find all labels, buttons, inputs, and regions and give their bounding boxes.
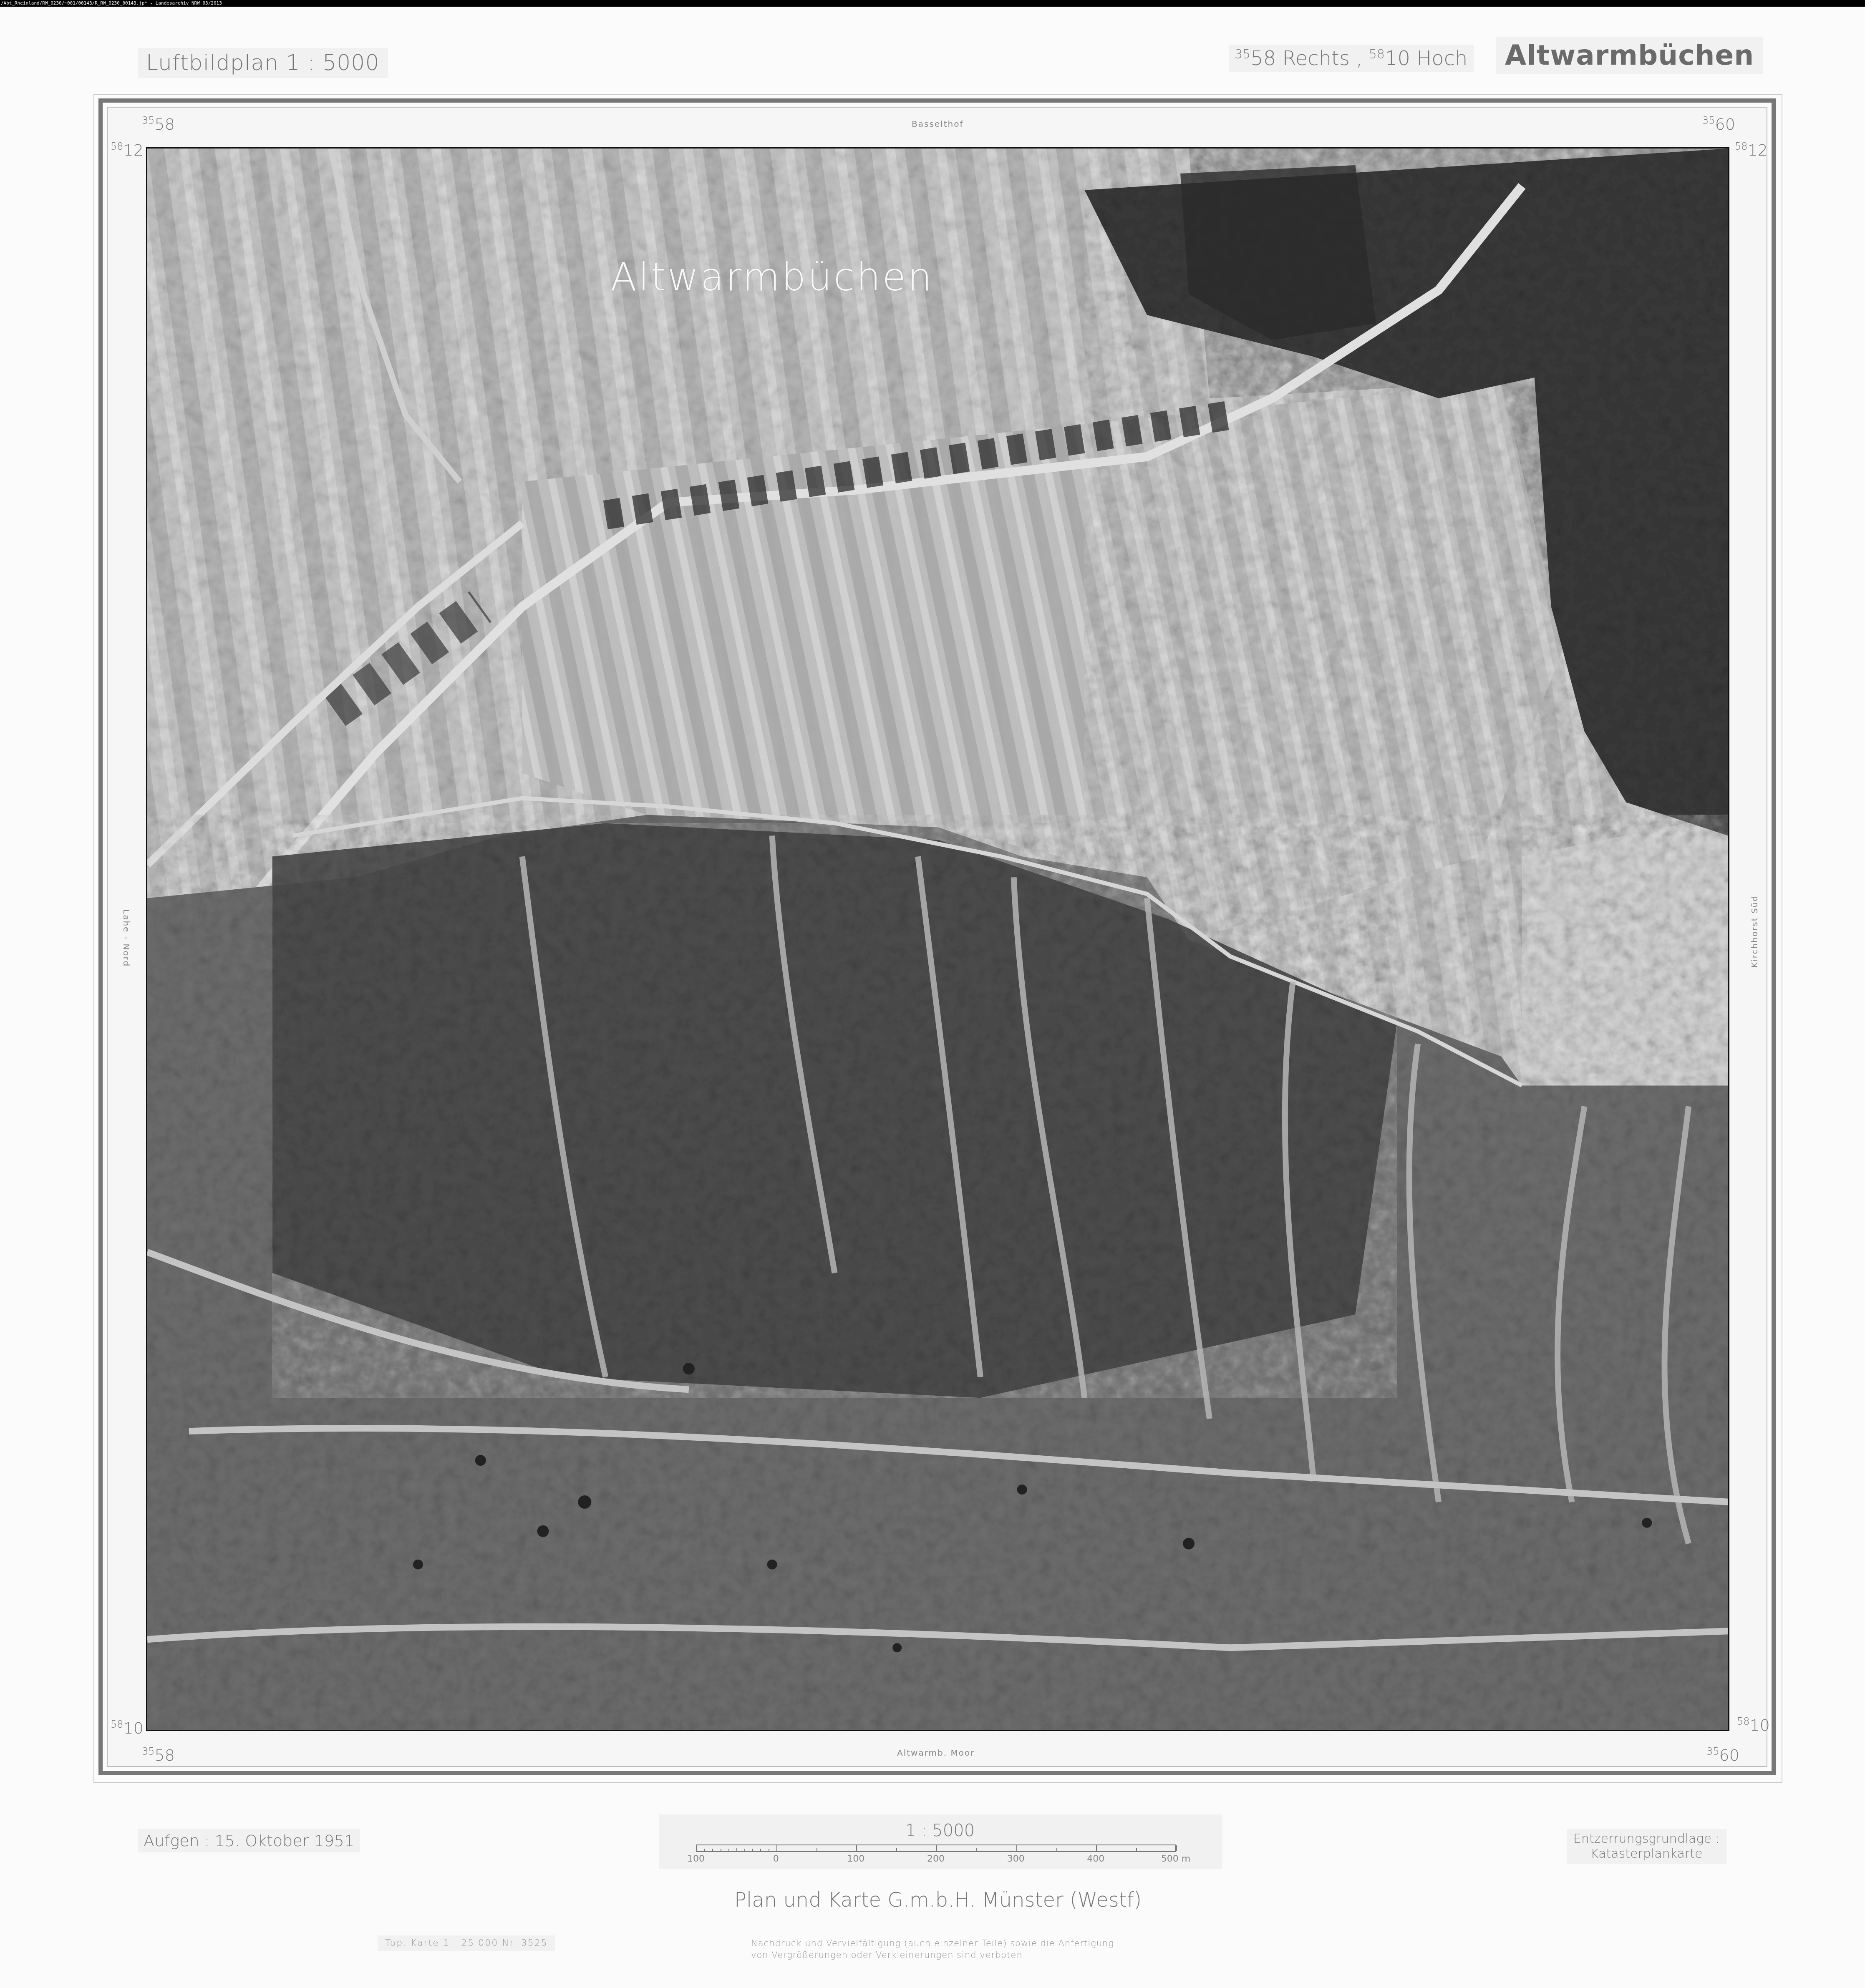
archive-path: /Abt_Rheinland/RW_0230/~001/00143/R_RW_0…: [1, 0, 222, 6]
rectification-basis: Entzerrungsgrundlage : Katasterplankarte: [1567, 1829, 1726, 1864]
scale-minor-tick: [744, 1849, 745, 1851]
adjacent-sheet-east: Kirchhorst Süd: [1749, 895, 1759, 968]
plan-title: Luftbildplan 1 : 5000: [138, 48, 388, 78]
scale-minor-tick: [736, 1848, 737, 1851]
adjacent-sheet-north: Basselthof: [912, 119, 963, 129]
hoch-value: 10: [1385, 47, 1410, 70]
scale-major-tick: [936, 1845, 937, 1851]
scale-minor-tick: [817, 1848, 817, 1851]
publisher: Plan und Karte G.m.b.H. Münster (Westf): [726, 1887, 1150, 1913]
scale-major-tick: [1016, 1845, 1017, 1851]
scale-minor-tick: [721, 1849, 721, 1851]
scale-tick-label: 500 m: [1161, 1854, 1190, 1864]
scale-major-tick: [776, 1845, 777, 1851]
scale-minor-tick: [976, 1848, 977, 1851]
grid-label-right-top-y: 5812: [1735, 141, 1768, 159]
rectification-basis-line1: Entzerrungsgrundlage :: [1573, 1832, 1720, 1847]
grid-label-top-left-x: 3558: [142, 115, 175, 133]
scale-bar-block: 1 : 5000 1000100200300400500 m: [659, 1814, 1222, 1869]
archive-path-bar: /Abt_Rheinland/RW_0230/~001/00143/R_RW_0…: [0, 0, 1865, 7]
hoch-label: Hoch: [1416, 47, 1467, 70]
scale-minor-tick: [896, 1848, 897, 1851]
grid-label-left-top-y: 5812: [111, 141, 144, 159]
grid-label-bottom-right-x: 3560: [1706, 1746, 1739, 1764]
hoch-prefix: 58: [1369, 47, 1385, 62]
rechts-value: 58: [1250, 47, 1276, 70]
scale-tick-label: 300: [1007, 1854, 1025, 1864]
aerial-photo[interactable]: Altwarmbüchen: [146, 147, 1729, 1731]
adjacent-sheet-south: Altwarmb. Moor: [897, 1748, 975, 1758]
scale-bar: [696, 1845, 1176, 1852]
rectification-basis-line2: Katasterplankarte: [1573, 1847, 1720, 1862]
scale-major-tick: [696, 1845, 697, 1851]
scale-tick-label: 100: [847, 1854, 864, 1864]
sheet-coordinates: 3558 Rechts , 5810 Hoch: [1229, 45, 1474, 72]
scale-title: 1 : 5000: [905, 1821, 975, 1840]
scale-tick-label: 0: [773, 1854, 779, 1864]
topo-map-reference: Top. Karte 1 : 25 000 Nr. 3525: [378, 1935, 555, 1951]
map-place-label: Altwarmbüchen: [610, 255, 934, 299]
scale-minor-tick: [760, 1849, 761, 1851]
scale-minor-tick: [752, 1849, 753, 1851]
scale-tick-label: 100: [687, 1854, 705, 1864]
scale-minor-tick: [704, 1849, 705, 1851]
copyright-notice: Nachdruck und Vervielfältigung (auch ein…: [751, 1938, 1114, 1961]
scale-tick-label: 400: [1087, 1854, 1104, 1864]
grid-label-bottom-left-x: 3558: [142, 1746, 175, 1764]
scale-minor-tick: [769, 1849, 769, 1851]
grid-label-left-bottom-y: 5810: [111, 1719, 144, 1737]
scale-tick-label: 200: [927, 1854, 945, 1864]
grid-label-top-right-x: 3560: [1702, 115, 1735, 133]
scale-minor-tick: [1136, 1848, 1137, 1851]
scale-major-tick: [1096, 1845, 1097, 1851]
rechts-label: Rechts ,: [1283, 47, 1363, 70]
rechts-prefix: 35: [1235, 47, 1250, 62]
scale-minor-tick: [1056, 1848, 1057, 1851]
scale-major-tick: [856, 1845, 857, 1851]
scale-major-tick: [1176, 1845, 1177, 1851]
adjacent-sheet-west: Lahe - Nord: [121, 909, 131, 967]
place-title: Altwarmbüchen: [1496, 37, 1763, 74]
grid-label-right-bottom-y: 5810: [1737, 1716, 1770, 1734]
aerial-photo-rendering: [147, 148, 1728, 1730]
scale-minor-tick: [712, 1849, 713, 1851]
capture-date: Aufgen : 15. Oktober 1951: [138, 1829, 360, 1852]
scale-minor-tick: [728, 1849, 729, 1851]
